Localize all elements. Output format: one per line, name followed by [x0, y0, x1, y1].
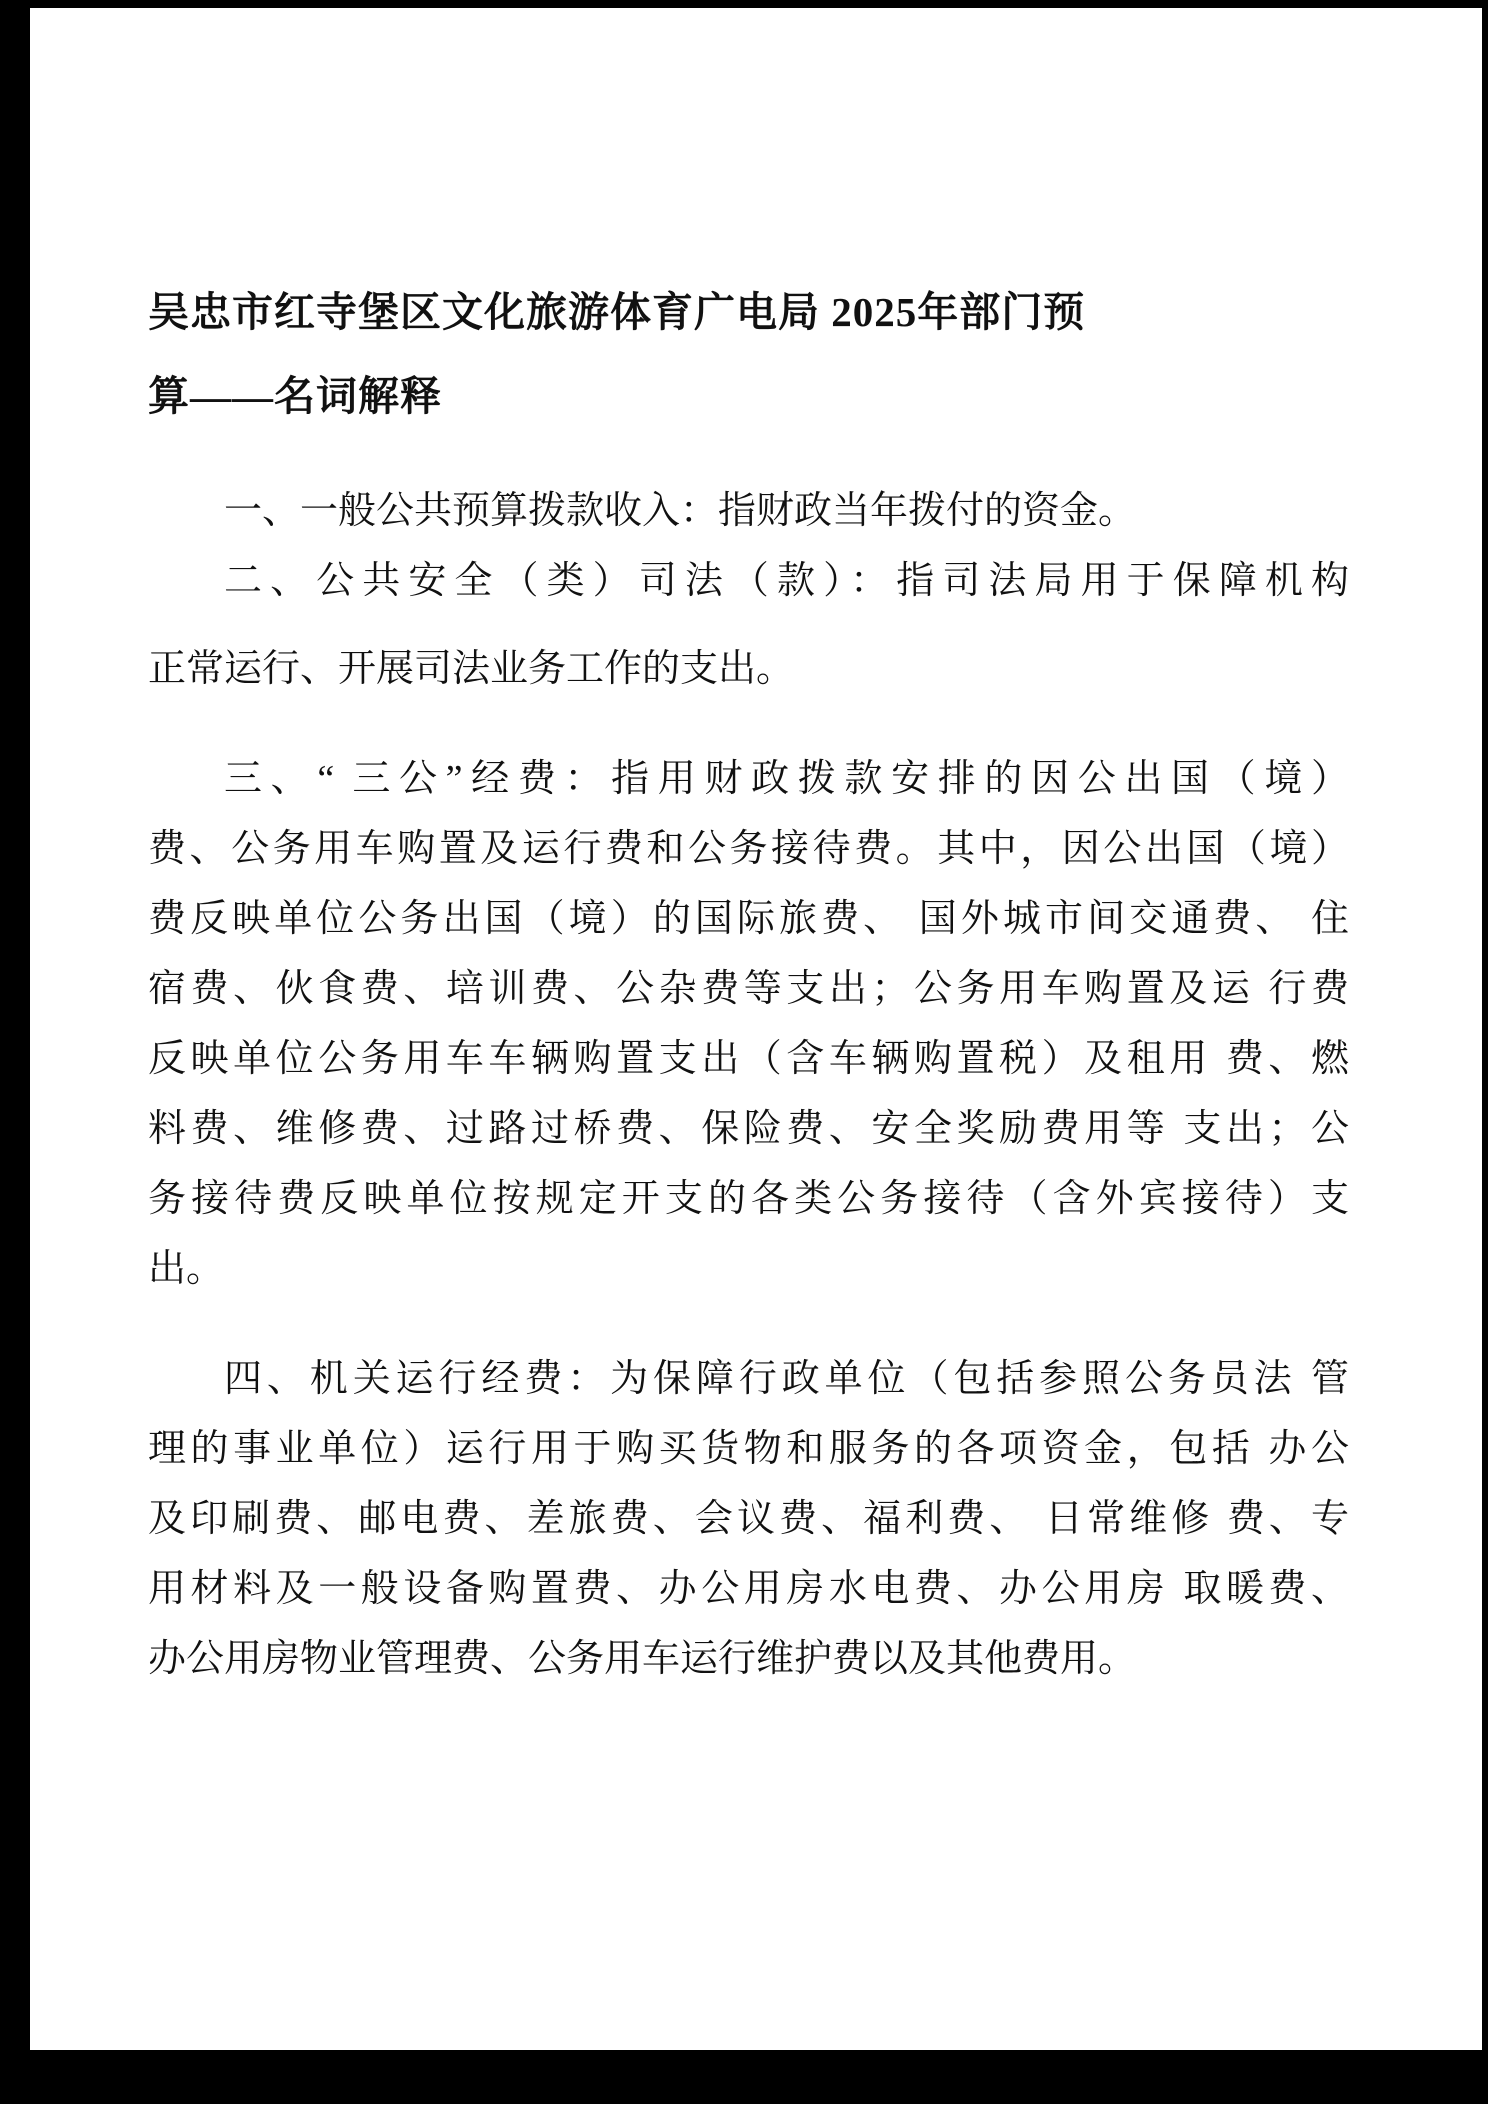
body-line: 费反映单位公务出国（境）的国际旅费、 国外城市间交通费、 住	[148, 884, 1349, 954]
body-line: 务接待费反映单位按规定开支的各类公务接待（含外宾接待）支	[148, 1164, 1349, 1234]
body-line: 理的事业单位）运行用于购买货物和服务的各项资金，包括 办公	[148, 1414, 1349, 1484]
body-line: 正常运行、开展司法业务工作的支出。	[148, 634, 1349, 704]
body-line: 四、机关运行经费：为保障行政单位（包括参照公务员法 管	[148, 1344, 1349, 1414]
paragraph-agency-operating-funds: 四、机关运行经费：为保障行政单位（包括参照公务员法 管 理的事业单位）运行用于购…	[148, 1344, 1349, 1694]
body-line: 二、公共安全（类）司法（款）：指司法局用于保障机构	[148, 546, 1349, 616]
body-line: 费、公务用车购置及运行费和公务接待费。其中，因公出国（境）	[148, 814, 1349, 884]
body-line: 办公用房物业管理费、公务用车运行维护费以及其他费用。	[148, 1624, 1349, 1694]
body-line: 出。	[148, 1234, 1349, 1304]
body-line: 料费、维修费、过路过桥费、保险费、安全奖励费用等 支出；公	[148, 1094, 1349, 1164]
title-line-1: 吴忠市红寺堡区文化旅游体育广电局 2025年部门预	[148, 270, 1349, 354]
paragraph-public-security: 二、公共安全（类）司法（款）：指司法局用于保障机构 正常运行、开展司法业务工作的…	[148, 546, 1349, 704]
body-line: 用材料及一般设备购置费、办公用房水电费、办公用房 取暖费、	[148, 1554, 1349, 1624]
paragraph-three-public-expenses: 三、“ 三公”经费：指用财政拨款安排的因公出国（境） 费、公务用车购置及运行费和…	[148, 744, 1349, 1304]
paragraph-budget-income: 一、一般公共预算拨款收入：指财政当年拨付的资金。	[148, 476, 1349, 546]
title-line-2: 算——名词解释	[148, 354, 1349, 438]
body-line: 三、“ 三公”经费：指用财政拨款安排的因公出国（境）	[148, 744, 1349, 814]
body-line: 反映单位公务用车车辆购置支出（含车辆购置税）及租用 费、燃	[148, 1024, 1349, 1094]
scan-frame: 吴忠市红寺堡区文化旅游体育广电局 2025年部门预 算——名词解释 一、一般公共…	[0, 0, 1488, 2104]
body-line: 及印刷费、邮电费、差旅费、会议费、福利费、 日常维修 费、专	[148, 1484, 1349, 1554]
document-page: 吴忠市红寺堡区文化旅游体育广电局 2025年部门预 算——名词解释 一、一般公共…	[30, 8, 1482, 2050]
body-line: 宿费、伙食费、培训费、公杂费等支出；公务用车购置及运 行费	[148, 954, 1349, 1024]
body-line: 一、一般公共预算拨款收入：指财政当年拨付的资金。	[148, 476, 1349, 546]
document-title: 吴忠市红寺堡区文化旅游体育广电局 2025年部门预 算——名词解释	[148, 270, 1349, 438]
